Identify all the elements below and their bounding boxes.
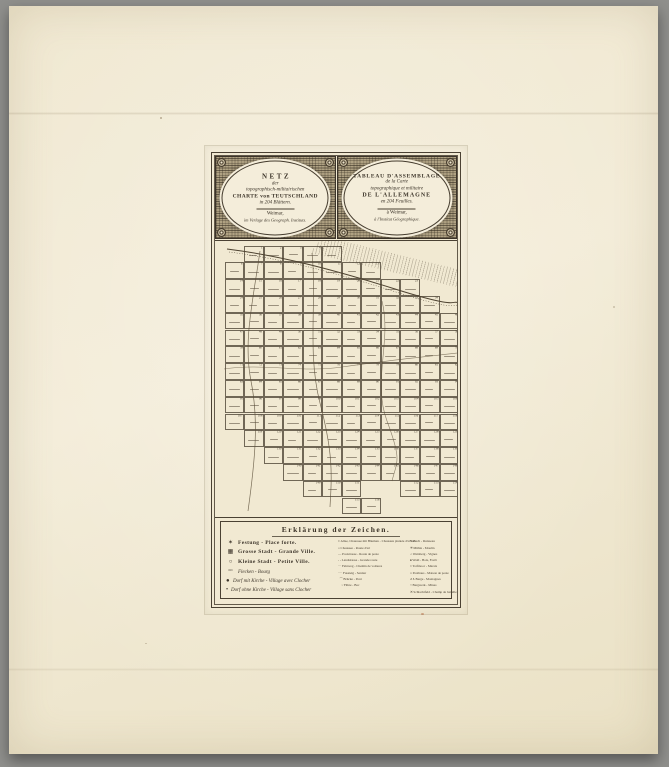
- legend-entry: ✳Mühle - Moulin: [410, 547, 426, 549]
- battle-icon: ✕: [410, 590, 413, 594]
- legend-entry-label: Dorf ohne Kirche - Village sans Clocher: [231, 587, 311, 593]
- stream-icon: ∿: [410, 540, 413, 544]
- star-fort-icon: ✶: [226, 540, 235, 546]
- cartouche-panel-french: TABLEAU D'ASSEMBLAGE de la Carte topogra…: [337, 156, 458, 239]
- legend-entry-label: Weinberg - Vignes: [413, 552, 438, 556]
- title-band: NETZ der topographisch-militairischen CH…: [215, 156, 457, 239]
- dot-icon: •: [226, 587, 228, 593]
- plate-border: NETZ der topographisch-militairischen CH…: [211, 152, 461, 608]
- ferry-icon: ~: [338, 584, 343, 588]
- legend-entry-label: Bach - Ruisseau: [413, 540, 434, 544]
- rosette-icon: [217, 158, 226, 167]
- title-oval-german: NETZ der topographisch-militairischen CH…: [222, 160, 329, 235]
- legend-title: Erklärung der Zeichen.: [221, 525, 451, 534]
- legend-entry: ∴Weinberg - Vignes: [410, 553, 426, 555]
- legend-entry-label: Allee, Chaussee mit Bäumen - Chaussée pl…: [341, 540, 416, 544]
- legend-entry: •Dorf ohne Kirche - Village sans Clocher: [226, 585, 338, 594]
- paper-crease-top: [9, 112, 658, 115]
- imprint-fr-publisher: à l'Institut Géographique.: [374, 217, 420, 220]
- imprint-de-publisher: im Verlage des Geograph. Instituts.: [244, 218, 306, 221]
- legend-entry: ⌂Posthaus - Maison de poste: [410, 572, 426, 574]
- paper-speck: [160, 117, 162, 119]
- legend-entry: ···Fahrweg - Chemin de voitures: [338, 566, 362, 568]
- title-fr-line5: en 204 Feuilles.: [381, 200, 413, 206]
- rosette-icon: [339, 158, 348, 167]
- dot-church-icon: ●: [226, 578, 230, 584]
- legend-entry-label: Mühle - Moulin: [413, 546, 434, 550]
- legend-entry-label: Kleine Stadt - Petite Ville.: [238, 559, 310, 565]
- title-de-line4: CHARTE von TEUTSCHLAND: [233, 194, 318, 201]
- index-map-area: 1234567891011121314151617181920212223242…: [215, 240, 457, 518]
- bridge-icon: ⌒: [338, 577, 343, 582]
- dashed-line-icon: - -: [338, 559, 341, 563]
- legend-zone: Erklärung der Zeichen. ✶Festung - Place …: [215, 518, 457, 604]
- legend-entry: ▫▫Flecken - Bourg: [226, 566, 338, 575]
- paper-speck: [145, 643, 147, 644]
- rosette-icon: [325, 228, 334, 237]
- legend-column-features: ∿Bach - Ruisseau✳Mühle - Moulin∴Weinberg…: [410, 538, 458, 595]
- legend-entry-label: Festung - Place forte.: [238, 540, 297, 546]
- legend-entry: ····Fussteig - Sentier: [338, 572, 362, 574]
- town-blocks-icon: ▦: [226, 549, 235, 555]
- legend-entry-label: Flecken - Bourg: [238, 568, 270, 574]
- legend-entry: ~Fähre - Bac: [338, 584, 362, 586]
- legend-entry-label: Posthaus - Maison de poste: [413, 571, 449, 575]
- legend-column-roads: ≡Allee, Chaussee mit Bäumen - Chaussée p…: [338, 538, 410, 595]
- legend-entry-label: Brücke - Pont: [343, 577, 361, 581]
- double-square-icon: ▫▫: [226, 568, 235, 574]
- legend-entry-label: Poststrasse - Route de poste: [342, 552, 379, 556]
- title-fr-line4: DE L'ALLEMAGNE: [362, 192, 431, 200]
- legend-entry-label: Grosse Stadt - Grande Ville.: [238, 549, 315, 555]
- legend-entry: ≈Torfmoor - Marais: [410, 566, 426, 568]
- legend-columns: ✶Festung - Place forte.▦Grosse Stadt - G…: [221, 538, 451, 595]
- legend-entry: ∧∧Berge - Montagnes: [410, 578, 426, 580]
- legend-entry: ≡Allee, Chaussee mit Bäumen - Chaussée p…: [338, 540, 362, 542]
- title-divider-rule: [256, 209, 294, 210]
- paper-crease-bottom: [9, 668, 658, 671]
- dotted-line-icon: ···: [338, 565, 341, 569]
- legend-entry-label: Fähre - Bac: [344, 584, 359, 588]
- legend-box: Erklärung der Zeichen. ✶Festung - Place …: [220, 521, 452, 599]
- paper-sheet: NETZ der topographisch-militairischen CH…: [9, 6, 658, 754]
- mountains-icon: ∧∧: [410, 577, 415, 581]
- legend-entry-label: Landstrasse - Grande route: [342, 559, 378, 563]
- legend-entry-label: Berge - Montagnes: [415, 577, 440, 581]
- mill-wheel-icon: ✳: [410, 546, 413, 550]
- fine-dots-icon: ····: [338, 571, 342, 575]
- legend-entry: ⌒Brücke - Pont: [338, 578, 362, 580]
- cartouche-panel-german: NETZ der topographisch-militairischen CH…: [215, 156, 336, 239]
- legend-entry-label: Fahrweg - Chemin de voitures: [342, 565, 382, 569]
- legend-title-rule: [272, 536, 400, 537]
- title-oval-french: TABLEAU D'ASSEMBLAGE de la Carte topogra…: [343, 160, 450, 235]
- rosette-icon: [325, 158, 334, 167]
- legend-entry-label: Dorf mit Kirche - Village avec Clocher: [233, 578, 310, 584]
- rosette-icon: [446, 228, 455, 237]
- title-de-line5: in 204 Blättern.: [259, 201, 291, 207]
- legend-entry-label: Bergwerk - Mines: [413, 584, 437, 588]
- legend-entry: —Poststrasse - Route de poste: [338, 553, 362, 555]
- legend-entry-label: Fussteig - Sentier: [343, 571, 366, 575]
- legend-entry-label: Chaussee - Route d'art: [341, 546, 371, 550]
- legend-entry: =Chaussee - Route d'art: [338, 547, 362, 549]
- paper-speck: [613, 306, 615, 308]
- legend-entry: ▦Grosse Stadt - Grande Ville.: [226, 548, 338, 557]
- engraved-plate: NETZ der topographisch-militairischen CH…: [211, 152, 461, 608]
- rosette-icon: [339, 228, 348, 237]
- legend-entry: - -Landstrasse - Grande route: [338, 559, 362, 561]
- legend-entry: ○Kleine Stadt - Petite Ville.: [226, 557, 338, 566]
- title-divider-rule: [378, 208, 416, 209]
- title-fr-line1: TABLEAU D'ASSEMBLAGE: [353, 173, 440, 180]
- small-circle-icon: ○: [226, 559, 235, 565]
- legend-entry: ✶Festung - Place forte.: [226, 538, 338, 547]
- legend-entry: ♠Wald - Bois, Forêt: [410, 559, 426, 561]
- legend-entry: ×Bergwerk - Mines: [410, 584, 426, 586]
- title-de-line1: NETZ: [259, 172, 291, 181]
- rosette-icon: [446, 158, 455, 167]
- rivers-and-coastline: [215, 241, 457, 517]
- legend-entry-label: Schlachtfeld - Champ de bataille: [413, 590, 456, 594]
- legend-entry: ∿Bach - Ruisseau: [410, 540, 426, 542]
- legend-entry-label: Wald - Bois, Forêt: [412, 559, 436, 563]
- legend-column-settlements: ✶Festung - Place forte.▦Grosse Stadt - G…: [226, 538, 338, 595]
- rosette-icon: [217, 228, 226, 237]
- solid-line-icon: —: [338, 552, 341, 556]
- legend-entry: ●Dorf mit Kirche - Village avec Clocher: [226, 576, 338, 585]
- legend-entry-label: Torfmoor - Marais: [412, 565, 437, 569]
- legend-entry: ✕Schlachtfeld - Champ de bataille: [410, 591, 426, 593]
